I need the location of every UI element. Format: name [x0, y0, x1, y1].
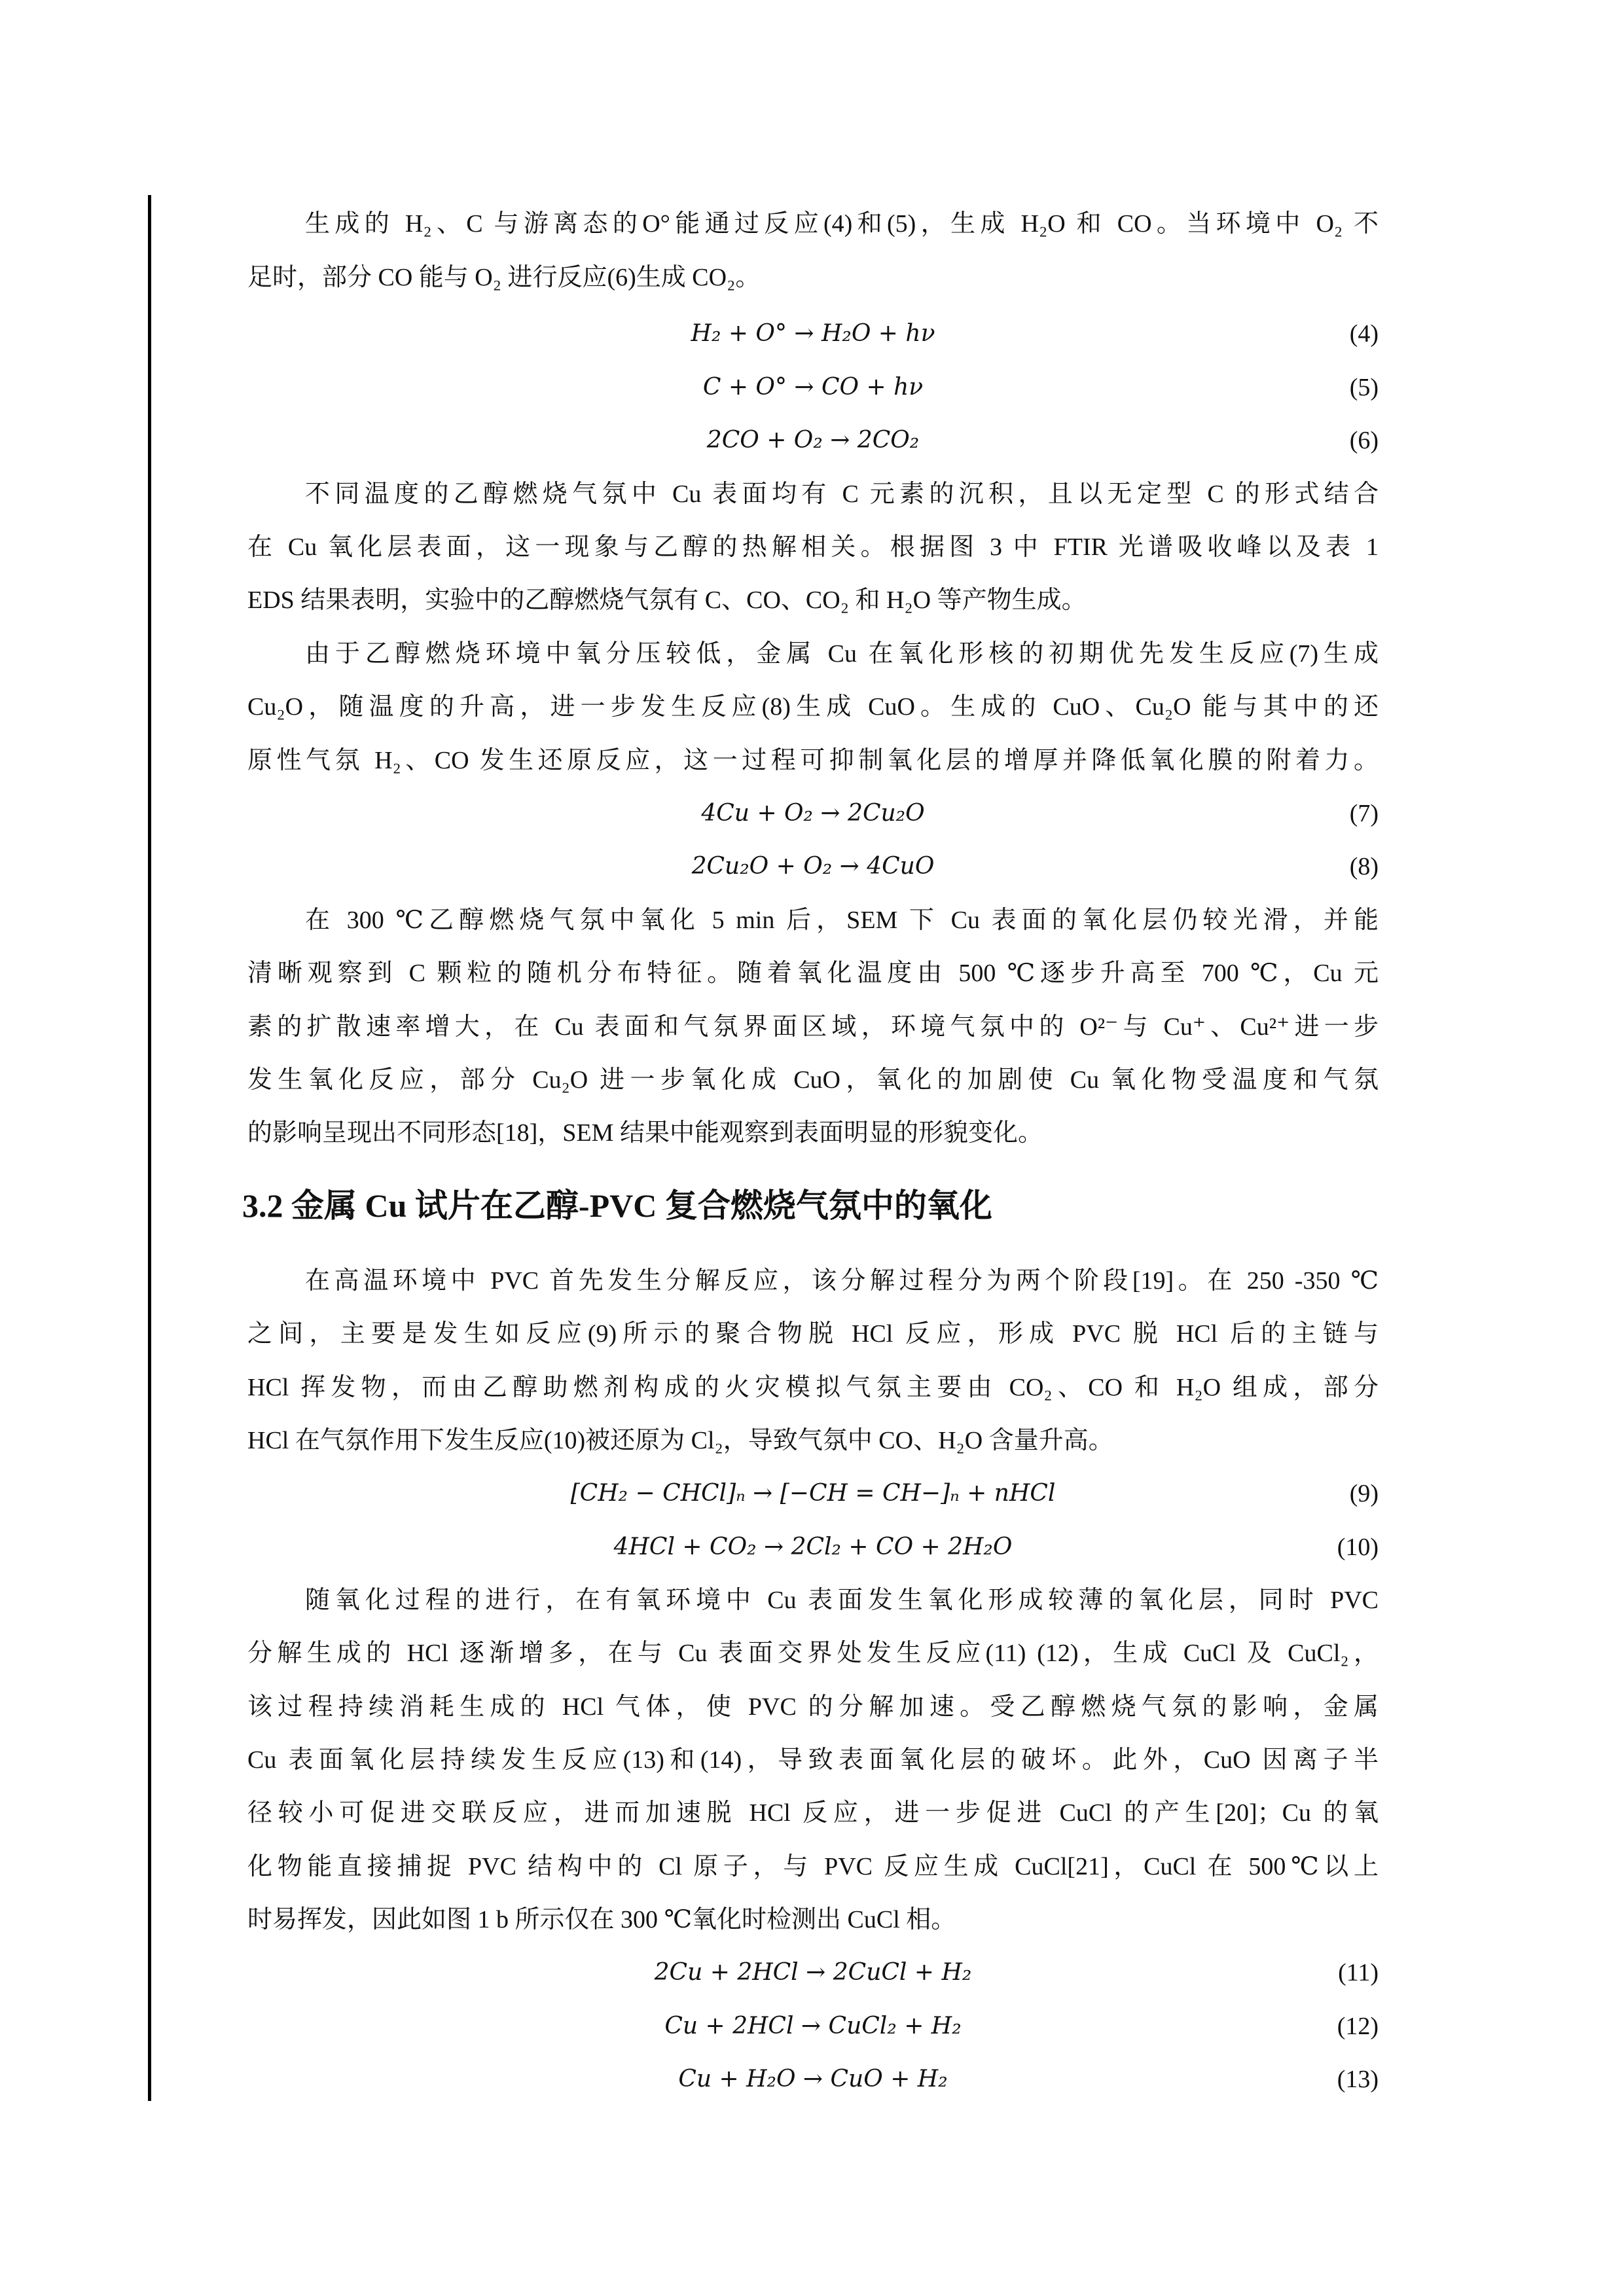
equation-7: 4Cu + O₂ → 2Cu₂O (7) — [247, 798, 1379, 829]
paragraph-4-line-1: 在 300 ℃乙醇燃烧气氛中氧化 5 min 后，SEM 下 Cu 表面的氧化层… — [305, 905, 1379, 936]
paragraph-5-line-2: 之间，主要是发生如反应(9)所示的聚合物脱 HCl 反应，形成 PVC 脱 HC… — [247, 1318, 1379, 1350]
paragraph-4-line-5: 的影响呈现出不同形态[18]，SEM 结果中能观察到表面明显的形貌变化。 — [247, 1117, 1379, 1149]
paragraph-2-line-2: 在 Cu 氧化层表面，这一现象与乙醇的热解相关。根据图 3 中 FTIR 光谱吸… — [247, 531, 1379, 563]
equation-number: (4) — [1350, 318, 1379, 350]
paragraph-5-line-1: 在高温环境中 PVC 首先发生分解反应，该分解过程分为两个阶段[19]。在 25… — [305, 1265, 1379, 1297]
equation-number: (10) — [1337, 1532, 1379, 1563]
paragraph-2-line-3: EDS 结果表明，实验中的乙醇燃烧气氛有 C、CO、CO₂ 和 H₂O 等产物生… — [247, 584, 1379, 616]
paragraph-5-line-4: HCl 在气氛作用下发生反应(10)被还原为 Cl₂，导致气氛中 CO、H₂O … — [247, 1425, 1379, 1456]
left-margin-rule — [148, 195, 151, 2101]
paragraph-4-line-4: 发生氧化反应，部分 Cu₂O 进一步氧化成 CuO，氧化的加剧使 Cu 氧化物受… — [247, 1064, 1379, 1096]
equation-formula: Cu + H₂O → CuO + H₂ — [247, 2064, 1379, 2095]
equation-number: (8) — [1350, 851, 1379, 882]
equation-4: H₂ + O° → H₂O + hν (4) — [247, 318, 1379, 350]
equation-12: Cu + 2HCl → CuCl₂ + H₂ (12) — [247, 2011, 1379, 2042]
equation-11: 2Cu + 2HCl → 2CuCl + H₂ (11) — [247, 1957, 1379, 1988]
paragraph-6-line-7: 时易挥发，因此如图 1 b 所示仅在 300 ℃氧化时检测出 CuCl 相。 — [247, 1904, 1379, 1935]
equation-9: [CH₂ − CHCl]ₙ → [−CH = CH−]ₙ + nHCl (9) — [247, 1478, 1379, 1509]
paragraph-2-line-1: 不同温度的乙醇燃烧气氛中 Cu 表面均有 C 元素的沉积，且以无定型 C 的形式… — [305, 478, 1379, 510]
equation-formula: 4Cu + O₂ → 2Cu₂O — [247, 798, 1379, 829]
equation-10: 4HCl + CO₂ → 2Cl₂ + CO + 2H₂O (10) — [247, 1532, 1379, 1563]
paragraph-4-line-3: 素的扩散速率增大，在 Cu 表面和气氛界面区域，环境气氛中的 O²⁻与 Cu⁺、… — [247, 1011, 1379, 1043]
paragraph-3-line-3: 原性气氛 H₂、CO 发生还原反应，这一过程可抑制氧化层的增厚并降低氧化膜的附着… — [247, 745, 1379, 776]
section-heading: 3.2 金属 Cu 试片在乙醇-PVC 复合燃烧气氛中的氧化 — [242, 1186, 992, 1225]
paragraph-6-line-5: 径较小可促进交联反应，进而加速脱 HCl 反应，进一步促进 CuCl 的产生[2… — [247, 1797, 1379, 1829]
equation-number: (6) — [1350, 425, 1379, 456]
equation-number: (13) — [1337, 2064, 1379, 2095]
paragraph-6-line-4: Cu 表面氧化层持续发生反应(13)和(14)，导致表面氧化层的破坏。此外，Cu… — [247, 1744, 1379, 1776]
paragraph-6-line-1: 随氧化过程的进行，在有氧环境中 Cu 表面发生氧化形成较薄的氧化层，同时 PVC — [305, 1585, 1379, 1616]
paragraph-6-line-6: 化物能直接捕捉 PVC 结构中的 Cl 原子，与 PVC 反应生成 CuCl[2… — [247, 1851, 1379, 1882]
equation-number: (7) — [1350, 798, 1379, 829]
paragraph-1-line-2: 足时，部分 CO 能与 O₂ 进行反应(6)生成 CO₂。 — [247, 262, 1379, 293]
paragraph-6-line-3: 该过程持续消耗生成的 HCl 气体，使 PVC 的分解加速。受乙醇燃烧气氛的影响… — [247, 1691, 1379, 1723]
paragraph-6-line-2: 分解生成的 HCl 逐渐增多，在与 Cu 表面交界处发生反应(11) (12)，… — [247, 1638, 1379, 1669]
equation-formula: 2CO + O₂ → 2CO₂ — [247, 425, 1379, 456]
equation-formula: 2Cu₂O + O₂ → 4CuO — [247, 851, 1379, 882]
equation-13: Cu + H₂O → CuO + H₂ (13) — [247, 2064, 1379, 2095]
equation-5: C + O° → CO + hν (5) — [247, 372, 1379, 403]
equation-formula: H₂ + O° → H₂O + hν — [247, 318, 1379, 350]
equation-formula: [CH₂ − CHCl]ₙ → [−CH = CH−]ₙ + nHCl — [247, 1478, 1379, 1509]
equation-number: (11) — [1338, 1957, 1379, 1988]
equation-8: 2Cu₂O + O₂ → 4CuO (8) — [247, 851, 1379, 882]
equation-formula: Cu + 2HCl → CuCl₂ + H₂ — [247, 2011, 1379, 2042]
equation-formula: 2Cu + 2HCl → 2CuCl + H₂ — [247, 1957, 1379, 1988]
equation-number: (5) — [1350, 372, 1379, 403]
equation-number: (12) — [1337, 2011, 1379, 2042]
paragraph-5-line-3: HCl 挥发物，而由乙醇助燃剂构成的火灾模拟气氛主要由 CO₂、CO 和 H₂O… — [247, 1372, 1379, 1403]
paragraph-4-line-2: 清晰观察到 C 颗粒的随机分布特征。随着氧化温度由 500 ℃逐步升高至 700… — [247, 958, 1379, 989]
equation-6: 2CO + O₂ → 2CO₂ (6) — [247, 425, 1379, 456]
paragraph-3-line-2: Cu₂O，随温度的升高，进一步发生反应(8)生成 CuO。生成的 CuO、Cu₂… — [247, 691, 1379, 723]
paragraph-1-line-1: 生成的 H₂、C 与游离态的O°能通过反应(4)和(5)，生成 H₂O 和 CO… — [305, 208, 1379, 240]
equation-formula: 4HCl + CO₂ → 2Cl₂ + CO + 2H₂O — [247, 1532, 1379, 1563]
paragraph-3-line-1: 由于乙醇燃烧环境中氧分压较低，金属 Cu 在氧化形核的初期优先发生反应(7)生成 — [305, 638, 1379, 670]
equation-number: (9) — [1350, 1478, 1379, 1509]
equation-formula: C + O° → CO + hν — [247, 372, 1379, 403]
